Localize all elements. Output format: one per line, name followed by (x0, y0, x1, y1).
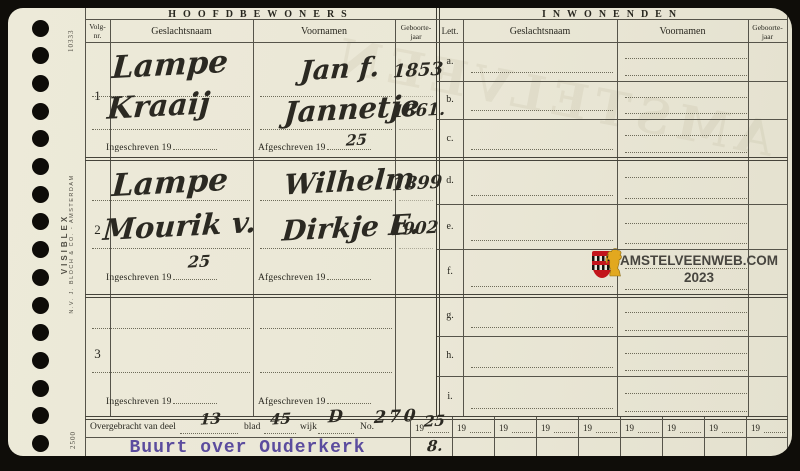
dotted-line (318, 433, 354, 434)
handwritten-blad: 45 (269, 411, 291, 427)
hoofdbewoners-title: HOOFDBEWONERS (85, 9, 437, 20)
dotted-line (722, 432, 743, 433)
punch-hole (32, 435, 49, 452)
dotted-line (173, 140, 217, 150)
column-header-voornamen-inw: Voornamen (617, 26, 748, 37)
dotted-line (554, 432, 575, 433)
punch-hole (32, 324, 49, 341)
wijk-label: wijk (300, 422, 317, 432)
dotted-line (625, 113, 749, 114)
year-cell-bottom: 8. (410, 437, 453, 456)
dotted-line (471, 149, 613, 150)
punch-hole (32, 75, 49, 92)
dotted-line (260, 372, 392, 373)
district-stamp: Buurt over Ouderkerk (85, 438, 410, 456)
dotted-line (625, 411, 749, 412)
label-text: Afgeschreven 19 (258, 397, 326, 407)
dotted-line (625, 243, 749, 244)
dotted-line (625, 177, 749, 178)
dotted-line (471, 327, 613, 328)
year-cell: 19 (746, 417, 789, 437)
dotted-line (264, 433, 296, 434)
dotted-line (180, 433, 238, 434)
punch-hole (32, 130, 49, 147)
dotted-line (625, 75, 749, 76)
form-serial-number: 10333 (67, 30, 75, 53)
dotted-line (399, 248, 433, 249)
column-header-geslachtsnaam-inw: Geslachtsnaam (463, 26, 617, 37)
letter-label: d. (437, 158, 463, 204)
printer-company: N.V. J. BLOCH & CO. - AMSTERDAM (69, 148, 75, 340)
inwonenden-row-c: c. (437, 119, 787, 158)
year-cell-bottom (662, 437, 705, 456)
dotted-line (471, 367, 613, 368)
dotted-line (625, 58, 749, 59)
header-text: jaar (395, 32, 437, 41)
ingeschreven-label: Ingeschreven 19 (106, 394, 217, 407)
year-cell: 19 (578, 417, 621, 437)
printer-imprint: VISIBLEX N.V. J. BLOCH & CO. - AMSTERDAM (60, 148, 75, 340)
dotted-line (327, 270, 371, 280)
scan-background: { "side": { "top_number": "10333", "bran… (0, 0, 800, 471)
year-label: 19 (541, 423, 550, 433)
column-header-lett: Lett. (437, 26, 463, 36)
dotted-line (625, 353, 749, 354)
header-text: Volg- (85, 22, 110, 31)
blad-label: blad (244, 422, 260, 432)
punch-hole (32, 213, 49, 230)
punch-hole (32, 158, 49, 175)
dotted-line (625, 393, 749, 394)
handwritten-geslachtsnaam: Lampe (111, 165, 229, 202)
overgebracht-label: Overgebracht van deel (90, 422, 176, 432)
year-label: 19 (751, 423, 760, 433)
dotted-line (92, 248, 250, 249)
dotted-line (92, 328, 250, 329)
column-header-voornamen: Voornamen (253, 26, 395, 37)
punch-hole (32, 103, 49, 120)
year-cell: 1925 (410, 417, 453, 437)
afgeschreven-label: Afgeschreven 19 (258, 394, 371, 407)
year-cell: 19 (536, 417, 579, 437)
dotted-line (471, 286, 613, 287)
punch-hole (32, 269, 49, 286)
column-header-geboortejaar: Geboorte- jaar (395, 23, 437, 41)
header-text: Geboorte- (395, 23, 437, 32)
register-card: AMSTELVEEN 10333 VISIBLEX N.V. J. BLOCH … (8, 8, 792, 456)
no-label: No. (360, 422, 374, 432)
dotted-line (512, 432, 533, 433)
header-text: Geboorte- (748, 23, 787, 32)
label-text: Ingeschreven 19 (106, 273, 172, 283)
volgnr-value: 3 (85, 346, 110, 362)
handwritten-year-value: 25 (423, 413, 445, 429)
handwritten-house-number: 8. (426, 439, 443, 455)
header-text: nr. (85, 31, 110, 40)
handwritten-ingeschreven-year: 25 (187, 253, 210, 270)
inwonenden-row-b: b. (437, 81, 787, 120)
ingeschreven-label: Ingeschreven 19 (106, 140, 217, 153)
column-header-volgnr: Volg- nr. (85, 22, 110, 40)
year-cell: 19 (704, 417, 747, 437)
inwonenden-row-f: f. (437, 249, 787, 295)
print-run-number: 2500 (69, 431, 77, 449)
dotted-line (173, 270, 217, 280)
dotted-line (399, 200, 433, 201)
label-text: Afgeschreven 19 (258, 273, 326, 283)
dotted-line (428, 432, 449, 433)
punch-hole (32, 47, 49, 64)
dotted-line (625, 223, 749, 224)
dotted-line (470, 432, 491, 433)
dotted-line (625, 198, 749, 199)
handwritten-voornamen: Jan f. (299, 54, 380, 85)
volgnr-value: 1 (85, 88, 110, 104)
punch-hole (32, 297, 49, 314)
dotted-line (625, 312, 749, 313)
letter-label: h. (437, 336, 463, 376)
handwritten-geboortejaar: 1902 (390, 220, 438, 240)
inwonenden-row-i: i. (437, 376, 787, 417)
inwonenden-title: INWONENDEN (437, 9, 788, 20)
dotted-line (625, 370, 749, 371)
handwritten-geslachtsnaam: Kraaij (106, 89, 211, 125)
dotted-line (471, 72, 613, 73)
punch-hole (32, 186, 49, 203)
year-label: 19 (709, 423, 718, 433)
handwritten-wijk: D (327, 409, 343, 427)
label-text: Afgeschreven 19 (258, 143, 326, 153)
dotted-line (638, 432, 659, 433)
year-label: 19 (457, 423, 466, 433)
dotted-line (260, 200, 392, 201)
inwonenden-row-g: g. (437, 295, 787, 337)
dotted-line (471, 195, 613, 196)
dotted-line (625, 135, 749, 136)
dotted-line (764, 432, 785, 433)
year-cell-bottom (578, 437, 621, 456)
ingeschreven-label: Ingeschreven 19 (106, 270, 217, 283)
year-label: 19 (667, 423, 676, 433)
dotted-line (471, 408, 613, 409)
inwonenden-row-h: h. (437, 336, 787, 377)
handwritten-geslachtsnaam: Lampe (111, 47, 229, 84)
year-cell: 19 (620, 417, 663, 437)
letter-label: g. (437, 295, 463, 336)
dotted-line (625, 97, 749, 98)
dotted-line (260, 129, 392, 130)
year-cell: 19 (662, 417, 705, 437)
afgeschreven-label: Afgeschreven 19 (258, 270, 371, 283)
handwritten-geslachtsnaam: Mourik v. (102, 208, 257, 245)
punch-hole (32, 241, 49, 258)
punch-hole (32, 20, 49, 37)
dotted-line (596, 432, 617, 433)
dotted-line (260, 248, 392, 249)
letter-label: a. (437, 42, 463, 81)
inwonenden-row-a: a. (437, 42, 787, 82)
punch-hole (32, 352, 49, 369)
dotted-line (399, 129, 433, 130)
dotted-line (625, 330, 749, 331)
inwonenden-row-e: e. (437, 204, 787, 250)
year-cell: 19 (452, 417, 495, 437)
dotted-line (327, 394, 371, 404)
dotted-line (92, 372, 250, 373)
handwritten-afgeschreven-year: 25 (345, 132, 367, 148)
year-label: 19 (499, 423, 508, 433)
year-label: 19 (625, 423, 634, 433)
dotted-line (625, 268, 749, 269)
column-header-geboortejaar-inw: Geboorte- jaar (748, 23, 787, 41)
printer-brand: VISIBLEX (60, 148, 69, 340)
label-text: Ingeschreven 19 (106, 397, 172, 407)
year-cell-bottom (536, 437, 579, 456)
letter-label: e. (437, 204, 463, 249)
dotted-line (680, 432, 701, 433)
dotted-line (260, 328, 392, 329)
punch-hole (32, 407, 49, 424)
punch-hole (32, 380, 49, 397)
year-cell: 19 (494, 417, 537, 437)
inwonenden-row-d: d. (437, 158, 787, 205)
letter-label: f. (437, 249, 463, 295)
column-header-geslachtsnaam: Geslachtsnaam (110, 26, 253, 37)
handwritten-deel: 13 (199, 411, 221, 427)
grid-line (787, 8, 788, 456)
year-cell-bottom (620, 437, 663, 456)
handwritten-geboortejaar: 1853 (392, 61, 443, 82)
dotted-line (92, 129, 250, 130)
label-text: Ingeschreven 19 (106, 143, 172, 153)
year-cell-bottom (746, 437, 789, 456)
year-cell-bottom (704, 437, 747, 456)
year-cell-bottom (452, 437, 495, 456)
year-cell-bottom (494, 437, 537, 456)
header-text: jaar (748, 32, 787, 41)
letter-label: b. (437, 81, 463, 119)
dotted-line (625, 152, 749, 153)
letter-label: c. (437, 119, 463, 158)
dotted-line (471, 240, 613, 241)
dotted-line (173, 394, 217, 404)
handwritten-geboortejaar: 1899 (391, 174, 442, 195)
dotted-line (625, 289, 749, 290)
year-label: 19 (583, 423, 592, 433)
dotted-line (471, 110, 613, 111)
